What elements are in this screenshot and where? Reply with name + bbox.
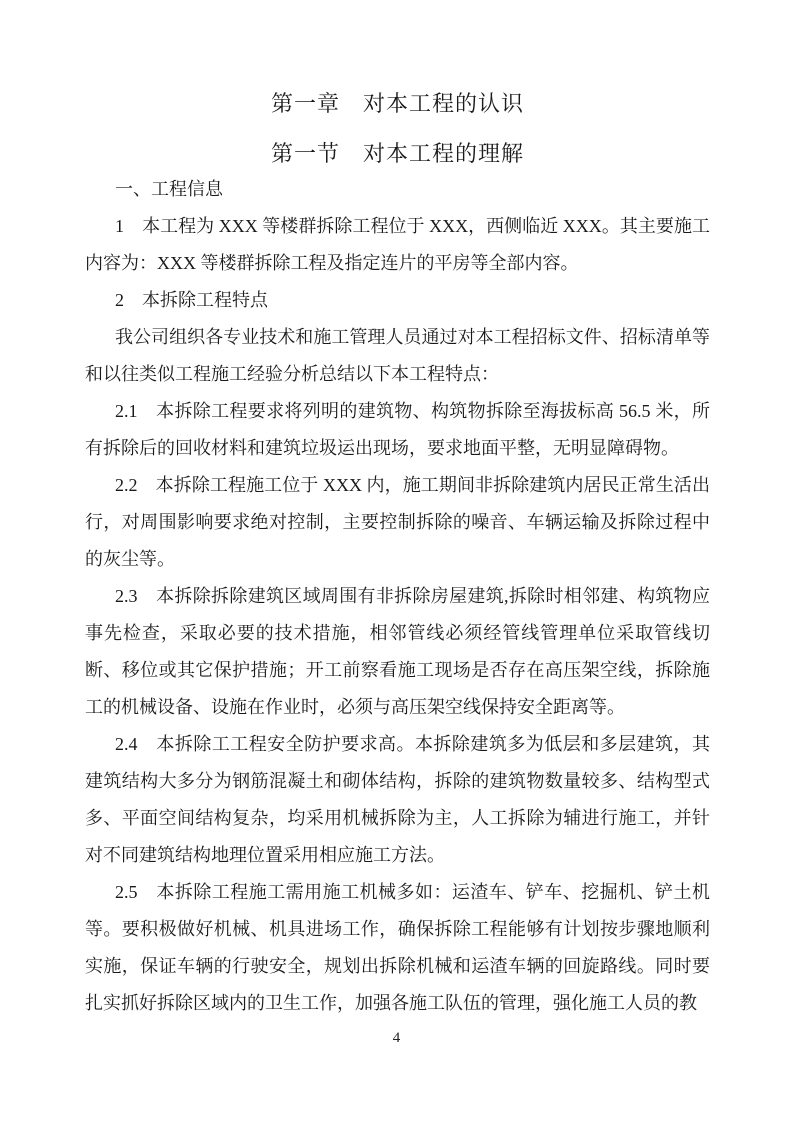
paragraph-feature-2-1: 2.1 本拆除工程要求将列明的建筑物、构筑物拆除至海拔标高 56.5 米，所有拆… (85, 393, 710, 467)
paragraph-heading-features: 2 本拆除工程特点 (85, 282, 710, 319)
paragraph-feature-2-2: 2.2 本拆除工程施工位于 XXX 内，施工期间非拆除建筑内居民正常生活出行，对… (85, 467, 710, 578)
page-number: 4 (393, 1030, 401, 1046)
paragraph-features-intro: 我公司组织各专业技术和施工管理人员通过对本工程招标文件、招标清单等和以往类似工程… (85, 319, 710, 393)
document-page: 第一章 对本工程的认识 第一节 对本工程的理解 一、工程信息 1 本工程为 XX… (0, 0, 793, 1122)
paragraph-project-overview: 1 本工程为 XXX 等楼群拆除工程位于 XXX，西侧临近 XXX。其主要施工内… (85, 208, 710, 282)
paragraph-feature-2-3: 2.3 本拆除拆除建筑区域周围有非拆除房屋建筑,拆除时相邻建、构筑物应事先检查，… (85, 578, 710, 726)
document-body: 一、工程信息 1 本工程为 XXX 等楼群拆除工程位于 XXX，西侧临近 XXX… (85, 171, 710, 1022)
paragraph-feature-2-4: 2.4 本拆除工工程安全防护要求高。本拆除建筑多为低层和多层建筑，其建筑结构大多… (85, 726, 710, 874)
page-footer: 4 (0, 1028, 793, 1048)
paragraph-feature-2-5: 2.5 本拆除工程施工需用施工机械多如：运渣车、铲车、挖掘机、铲土机等。要积极做… (85, 874, 710, 1022)
chapter-title: 第一章 对本工程的认识 (85, 79, 710, 129)
